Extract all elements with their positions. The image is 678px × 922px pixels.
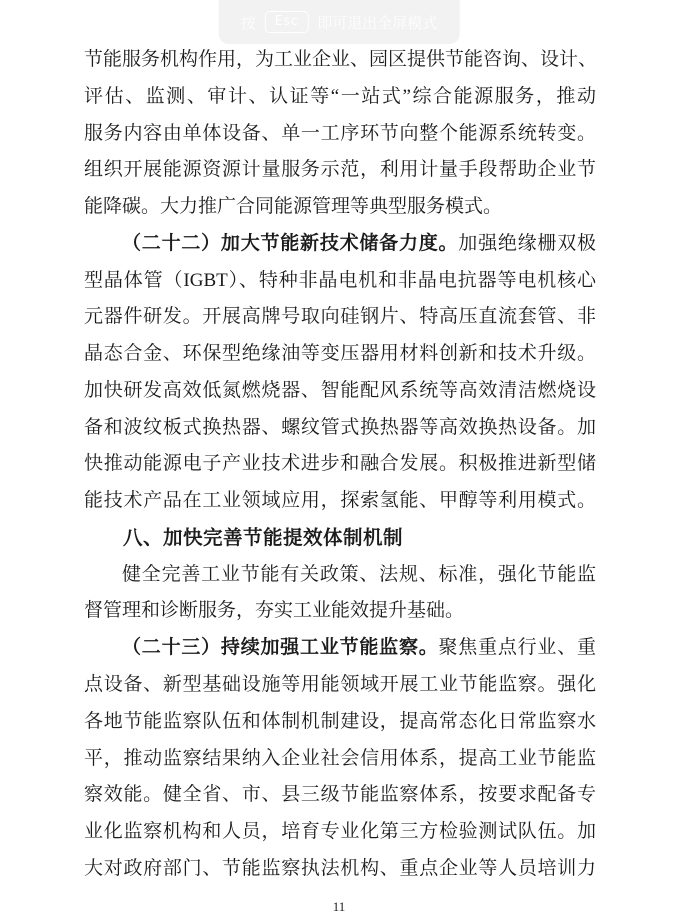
toast-text-suffix: 即可退出全屏模式	[317, 12, 437, 33]
doc-line: 能技术产品在工业领域应用，探索氢能、甲醇等利用模式。	[84, 483, 596, 520]
doc-line: 节能服务机构作用，为工业企业、园区提供节能咨询、设计、	[84, 42, 596, 79]
doc-line: 评估、监测、审计、认证等“一站式”综合能源服务，推动	[84, 79, 596, 116]
doc-line: 组织开展能源资源计量服务示范，利用计量手段帮助企业节	[84, 152, 596, 189]
doc-line: 各地节能监察队伍和体制机制建设，提高常态化日常监察水	[84, 704, 596, 741]
toast-text-prefix: 按	[241, 12, 256, 33]
doc-line: 大对政府部门、节能监察执法机构、重点企业等人员培训力	[84, 851, 596, 888]
fullscreen-exit-toast: 按 Esc 即可退出全屏模式	[219, 0, 460, 44]
doc-line: 业化监察机构和人员，培育专业化第三方检验测试队伍。加	[84, 814, 596, 851]
document-page: 按 Esc 即可退出全屏模式 节能服务机构作用，为工业企业、园区提供节能咨询、设…	[0, 0, 678, 922]
doc-line-section-23: （二十三）持续加强工业节能监察。聚焦重点行业、重	[84, 630, 596, 667]
doc-line: 加快研发高效低氮燃烧器、智能配风系统等高效清洁燃烧设	[84, 373, 596, 410]
doc-line: 察效能。健全省、市、县三级节能监察体系，按要求配备专	[84, 777, 596, 814]
doc-line: 型晶体管（IGBT）、特种非晶电机和非晶电抗器等电机核心	[84, 263, 596, 300]
doc-line-section-22: （二十二）加大节能新技术储备力度。加强绝缘栅双极	[84, 226, 596, 263]
esc-key: Esc	[265, 11, 308, 33]
doc-line: 备和波纹板式换热器、螺纹管式换热器等高效换热设备。加	[84, 410, 596, 447]
doc-line: 快推动能源电子产业技术进步和融合发展。积极推进新型储	[84, 446, 596, 483]
page-number: 11	[0, 899, 678, 915]
doc-line: 元器件研发。开展高牌号取向硅钢片、特高压直流套管、非	[84, 299, 596, 336]
doc-line: 平，推动监察结果纳入企业社会信用体系，提高工业节能监	[84, 741, 596, 778]
section-heading-8: 八、加快完善节能提效体制机制	[84, 520, 596, 557]
document-text: 节能服务机构作用，为工业企业、园区提供节能咨询、设计、 评估、监测、审计、认证等…	[84, 42, 596, 888]
doc-line: 服务内容由单体设备、单一工序环节向整个能源系统转变。	[84, 116, 596, 153]
doc-line: 能降碳。大力推广合同能源管理等典型服务模式。	[84, 189, 596, 226]
doc-line: 督管理和诊断服务，夯实工业能效提升基础。	[84, 593, 596, 630]
doc-line: 晶态合金、环保型绝缘油等变压器用材料创新和技术升级。	[84, 336, 596, 373]
doc-line: 点设备、新型基础设施等用能领域开展工业节能监察。强化	[84, 667, 596, 704]
doc-line: 健全完善工业节能有关政策、法规、标准，强化节能监	[84, 557, 596, 594]
